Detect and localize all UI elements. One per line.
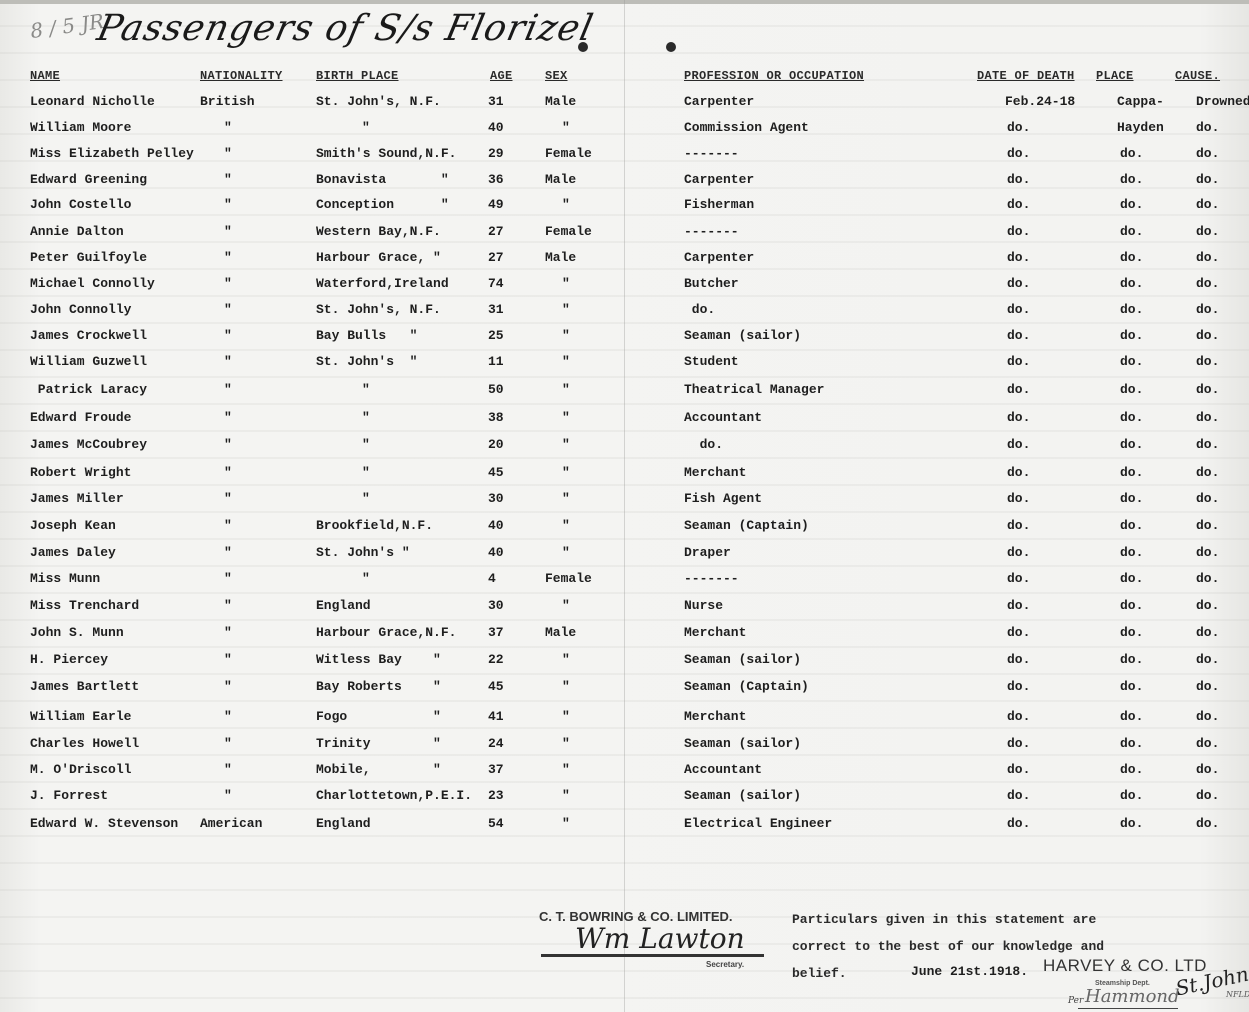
passenger-cause-of-death: do. xyxy=(1196,172,1219,187)
table-row: James Daley"St. John's "40"Draperdo.do.d… xyxy=(0,545,1249,565)
passenger-birth-place: Charlottetown,P.E.I. xyxy=(316,788,472,803)
passenger-nationality: " xyxy=(224,545,232,560)
passenger-birth-place: Fogo " xyxy=(316,709,441,724)
passenger-sex: " xyxy=(562,354,570,369)
passenger-place-of-death: do. xyxy=(1120,382,1143,397)
passenger-date-of-death: do. xyxy=(1007,709,1030,724)
passenger-name: James McCoubrey xyxy=(30,437,147,452)
passenger-birth-place: Mobile, " xyxy=(316,762,441,777)
passenger-cause-of-death: do. xyxy=(1196,302,1219,317)
passenger-age: 74 xyxy=(488,276,518,291)
passenger-name: James Miller xyxy=(30,491,124,506)
passenger-birth-place: " xyxy=(362,465,370,480)
passenger-age: 20 xyxy=(488,437,518,452)
passenger-occupation: Fisherman xyxy=(684,197,754,212)
header-name: NAME xyxy=(30,69,60,83)
passenger-cause-of-death: do. xyxy=(1196,354,1219,369)
passenger-cause-of-death: do. xyxy=(1196,816,1219,831)
passenger-occupation: Fish Agent xyxy=(684,491,762,506)
passenger-place-of-death: do. xyxy=(1120,709,1143,724)
passenger-occupation: do. xyxy=(684,437,723,452)
passenger-age: 54 xyxy=(488,816,518,831)
passenger-sex: " xyxy=(562,328,570,343)
passenger-cause-of-death: do. xyxy=(1196,736,1219,751)
statement-line: Particulars given in this statement are xyxy=(792,906,1122,933)
passenger-date-of-death: do. xyxy=(1007,518,1030,533)
table-row: William Earle"Fogo "41"Merchantdo.do.do. xyxy=(0,709,1249,729)
passenger-cause-of-death: do. xyxy=(1196,382,1219,397)
passenger-date-of-death: do. xyxy=(1007,172,1030,187)
passenger-name: J. Forrest xyxy=(30,788,108,803)
passenger-cause-of-death: do. xyxy=(1196,120,1219,135)
passenger-occupation: Commission Agent xyxy=(684,120,809,135)
passenger-cause-of-death: do. xyxy=(1196,224,1219,239)
passenger-birth-place: St. John's, N.F. xyxy=(316,302,441,317)
passenger-name: Patrick Laracy xyxy=(30,382,147,397)
passenger-cause-of-death: do. xyxy=(1196,762,1219,777)
passenger-name: Robert Wright xyxy=(30,465,131,480)
passenger-birth-place: St. John's " xyxy=(316,354,417,369)
header-nationality: NATIONALITY xyxy=(200,69,283,83)
passenger-sex: " xyxy=(562,410,570,425)
passenger-date-of-death: do. xyxy=(1007,328,1030,343)
passenger-name: M. O'Driscoll xyxy=(30,762,131,777)
passenger-place-of-death: do. xyxy=(1120,679,1143,694)
passenger-birth-place: Bay Bulls " xyxy=(316,328,417,343)
document-title: Passengers of S/s Florizel xyxy=(94,8,598,49)
passenger-age: 45 xyxy=(488,465,518,480)
table-row: James Bartlett"Bay Roberts "45"Seaman (C… xyxy=(0,679,1249,699)
passenger-name: Peter Guilfoyle xyxy=(30,250,147,265)
passenger-sex: " xyxy=(562,465,570,480)
passenger-date-of-death: Feb.24-18 xyxy=(1005,94,1075,109)
margin-note: 8 / 5 JR xyxy=(29,9,106,43)
passenger-birth-place: Bonavista " xyxy=(316,172,449,187)
passenger-age: 27 xyxy=(488,250,518,265)
passenger-nationality: " xyxy=(224,437,232,452)
passenger-sex: Male xyxy=(545,250,576,265)
harvey-region: NFLD. xyxy=(1226,990,1249,999)
passenger-age: 41 xyxy=(488,709,518,724)
passenger-name: Edward W. Stevenson xyxy=(30,816,178,831)
table-row: William Moore""40"Commission Agentdo.Hay… xyxy=(0,120,1249,140)
passenger-cause-of-death: do. xyxy=(1196,709,1219,724)
passenger-nationality: " xyxy=(224,679,232,694)
passenger-name: Michael Connolly xyxy=(30,276,155,291)
passenger-name: Miss Munn xyxy=(30,571,100,586)
passenger-sex: " xyxy=(562,437,570,452)
table-row: J. Forrest"Charlottetown,P.E.I.23"Seaman… xyxy=(0,788,1249,808)
passenger-nationality: " xyxy=(224,762,232,777)
passenger-place-of-death: do. xyxy=(1120,598,1143,613)
passenger-sex: " xyxy=(562,197,570,212)
passenger-place-of-death: do. xyxy=(1120,410,1143,425)
passenger-cause-of-death: do. xyxy=(1196,250,1219,265)
passenger-cause-of-death: do. xyxy=(1196,788,1219,803)
passenger-sex: Female xyxy=(545,146,592,161)
passenger-date-of-death: do. xyxy=(1007,410,1030,425)
passenger-date-of-death: do. xyxy=(1007,465,1030,480)
passenger-name: Edward Greening xyxy=(30,172,147,187)
passenger-occupation: Carpenter xyxy=(684,172,754,187)
passenger-occupation: Student xyxy=(684,354,739,369)
passenger-cause-of-death: do. xyxy=(1196,328,1219,343)
passenger-nationality: " xyxy=(224,146,232,161)
table-row: Charles Howell"Trinity "24"Seaman (sailo… xyxy=(0,736,1249,756)
passenger-place-of-death: do. xyxy=(1120,224,1143,239)
header-date-of-death: DATE OF DEATH xyxy=(977,69,1075,83)
passenger-cause-of-death: do. xyxy=(1196,437,1219,452)
passenger-birth-place: " xyxy=(362,410,370,425)
passenger-place-of-death: do. xyxy=(1120,302,1143,317)
signature-line xyxy=(541,954,764,957)
table-row: Miss Munn""4Female-------do.do.do. xyxy=(0,571,1249,591)
passenger-nationality: " xyxy=(224,652,232,667)
header-place: PLACE xyxy=(1096,69,1134,83)
passenger-birth-place: Harbour Grace,N.F. xyxy=(316,625,456,640)
passenger-date-of-death: do. xyxy=(1007,762,1030,777)
passenger-nationality: " xyxy=(224,276,232,291)
passenger-age: 30 xyxy=(488,598,518,613)
table-row: John Connolly"St. John's, N.F.31" do.do.… xyxy=(0,302,1249,322)
passenger-date-of-death: do. xyxy=(1007,571,1030,586)
passenger-date-of-death: do. xyxy=(1007,679,1030,694)
passenger-date-of-death: do. xyxy=(1007,197,1030,212)
passenger-sex: " xyxy=(562,816,570,831)
passenger-place-of-death: Hayden xyxy=(1117,120,1164,135)
table-row: William Guzwell"St. John's "11"Studentdo… xyxy=(0,354,1249,374)
passenger-nationality: " xyxy=(224,709,232,724)
passenger-sex: Male xyxy=(545,172,576,187)
per-signature-line xyxy=(1078,1008,1178,1009)
passenger-age: 11 xyxy=(488,354,518,369)
passenger-name: Leonard Nicholle xyxy=(30,94,155,109)
passenger-sex: " xyxy=(562,302,570,317)
passenger-nationality: " xyxy=(224,224,232,239)
passenger-place-of-death: do. xyxy=(1120,788,1143,803)
passenger-occupation: Merchant xyxy=(684,625,746,640)
passenger-place-of-death: do. xyxy=(1120,465,1143,480)
table-row: H. Piercey"Witless Bay "22"Seaman (sailo… xyxy=(0,652,1249,672)
passenger-occupation: Seaman (sailor) xyxy=(684,788,801,803)
passenger-birth-place: St. John's " xyxy=(316,545,410,560)
passenger-sex: " xyxy=(562,518,570,533)
passenger-nationality: " xyxy=(224,382,232,397)
passenger-place-of-death: do. xyxy=(1120,545,1143,560)
passenger-sex: Male xyxy=(545,625,576,640)
passenger-cause-of-death: do. xyxy=(1196,197,1219,212)
passenger-name: James Bartlett xyxy=(30,679,139,694)
passenger-name: Edward Froude xyxy=(30,410,131,425)
passenger-cause-of-death: do. xyxy=(1196,545,1219,560)
passenger-birth-place: " xyxy=(362,120,370,135)
passenger-birth-place: Waterford,Ireland xyxy=(316,276,449,291)
passenger-occupation: Carpenter xyxy=(684,250,754,265)
table-row: Edward Greening"Bonavista "36MaleCarpent… xyxy=(0,172,1249,192)
passenger-occupation: Seaman (sailor) xyxy=(684,328,801,343)
passenger-birth-place: Smith's Sound,N.F. xyxy=(316,146,456,161)
passenger-age: 40 xyxy=(488,120,518,135)
passenger-name: Charles Howell xyxy=(30,736,139,751)
passenger-sex: " xyxy=(562,276,570,291)
passenger-sex: Male xyxy=(545,94,576,109)
passenger-date-of-death: do. xyxy=(1007,491,1030,506)
bowring-signature: Wm Lawton xyxy=(575,922,745,955)
passenger-cause-of-death: do. xyxy=(1196,518,1219,533)
passenger-birth-place: Harbour Grace, " xyxy=(316,250,441,265)
passenger-nationality: " xyxy=(224,465,232,480)
passenger-place-of-death: do. xyxy=(1120,328,1143,343)
passenger-name: Joseph Kean xyxy=(30,518,116,533)
header-birth-place: BIRTH PLACE xyxy=(316,69,399,83)
passenger-cause-of-death: do. xyxy=(1196,571,1219,586)
passenger-date-of-death: do. xyxy=(1007,598,1030,613)
table-row: Annie Dalton"Western Bay,N.F.27Female---… xyxy=(0,224,1249,244)
passenger-cause-of-death: do. xyxy=(1196,276,1219,291)
passenger-cause-of-death: do. xyxy=(1196,410,1219,425)
passenger-date-of-death: do. xyxy=(1007,250,1030,265)
passenger-name: James Crockwell xyxy=(30,328,147,343)
passenger-birth-place: England xyxy=(316,598,371,613)
passenger-birth-place: Witless Bay " xyxy=(316,652,441,667)
passenger-place-of-death: do. xyxy=(1120,571,1143,586)
passenger-nationality: " xyxy=(224,598,232,613)
passenger-age: 38 xyxy=(488,410,518,425)
passenger-nationality: " xyxy=(224,302,232,317)
passenger-sex: Female xyxy=(545,571,592,586)
header-age: AGE xyxy=(490,69,513,83)
passenger-place-of-death: do. xyxy=(1120,762,1143,777)
passenger-sex: " xyxy=(562,652,570,667)
passenger-place-of-death: do. xyxy=(1120,146,1143,161)
passenger-age: 23 xyxy=(488,788,518,803)
passenger-occupation: Theatrical Manager xyxy=(684,382,824,397)
table-row: James McCoubrey""20" do.do.do.do. xyxy=(0,437,1249,457)
passenger-cause-of-death: Drowned xyxy=(1196,94,1249,109)
passenger-place-of-death: do. xyxy=(1120,816,1143,831)
passenger-cause-of-death: do. xyxy=(1196,146,1219,161)
passenger-occupation: Seaman (sailor) xyxy=(684,736,801,751)
passenger-occupation: Electrical Engineer xyxy=(684,816,832,831)
passenger-birth-place: " xyxy=(362,382,370,397)
passenger-age: 25 xyxy=(488,328,518,343)
passenger-age: 24 xyxy=(488,736,518,751)
passenger-occupation: Draper xyxy=(684,545,731,560)
passenger-date-of-death: do. xyxy=(1007,354,1030,369)
passenger-nationality: " xyxy=(224,736,232,751)
passenger-age: 30 xyxy=(488,491,518,506)
passenger-occupation: Merchant xyxy=(684,465,746,480)
passenger-nationality: " xyxy=(224,518,232,533)
passenger-date-of-death: do. xyxy=(1007,382,1030,397)
passenger-sex: Female xyxy=(545,224,592,239)
passenger-nationality: " xyxy=(224,250,232,265)
passenger-birth-place: St. John's, N.F. xyxy=(316,94,441,109)
passenger-birth-place: Western Bay,N.F. xyxy=(316,224,441,239)
passenger-place-of-death: Cappa- xyxy=(1117,94,1164,109)
passenger-age: 36 xyxy=(488,172,518,187)
passenger-occupation: Accountant xyxy=(684,410,762,425)
passenger-name: William Guzwell xyxy=(30,354,147,369)
per-label: Per xyxy=(1068,996,1083,1006)
passenger-date-of-death: do. xyxy=(1007,224,1030,239)
passenger-birth-place: Trinity " xyxy=(316,736,441,751)
passenger-occupation: Seaman (Captain) xyxy=(684,518,809,533)
passenger-place-of-death: do. xyxy=(1120,736,1143,751)
punch-hole-right xyxy=(666,42,676,52)
passenger-cause-of-death: do. xyxy=(1196,465,1219,480)
passenger-place-of-death: do. xyxy=(1120,197,1143,212)
passenger-cause-of-death: do. xyxy=(1196,625,1219,640)
passenger-occupation: do. xyxy=(684,302,715,317)
table-row: Robert Wright""45"Merchantdo.do.do. xyxy=(0,465,1249,485)
table-row: Edward Froude""38"Accountantdo.do.do. xyxy=(0,410,1249,430)
passenger-place-of-death: do. xyxy=(1120,625,1143,640)
passenger-sex: " xyxy=(562,679,570,694)
passenger-age: 37 xyxy=(488,625,518,640)
passenger-cause-of-death: do. xyxy=(1196,652,1219,667)
passenger-date-of-death: do. xyxy=(1007,302,1030,317)
passenger-birth-place: Bay Roberts " xyxy=(316,679,441,694)
passenger-age: 37 xyxy=(488,762,518,777)
table-row: Joseph Kean"Brookfield,N.F.40"Seaman (Ca… xyxy=(0,518,1249,538)
passenger-sex: " xyxy=(562,491,570,506)
header-occupation: PROFESSION OR OCCUPATION xyxy=(684,69,864,83)
passenger-date-of-death: do. xyxy=(1007,545,1030,560)
passenger-place-of-death: do. xyxy=(1120,172,1143,187)
passenger-place-of-death: do. xyxy=(1120,354,1143,369)
table-row: Peter Guilfoyle"Harbour Grace, "27MaleCa… xyxy=(0,250,1249,270)
passenger-name: William Earle xyxy=(30,709,131,724)
punch-hole-left xyxy=(578,42,588,52)
passenger-occupation: ------- xyxy=(684,571,739,586)
passenger-nationality: " xyxy=(224,120,232,135)
passenger-birth-place: Conception " xyxy=(316,197,449,212)
table-row: Patrick Laracy""50"Theatrical Managerdo.… xyxy=(0,382,1249,402)
passenger-name: Miss Trenchard xyxy=(30,598,139,613)
passenger-nationality: British xyxy=(200,94,255,109)
passenger-date-of-death: do. xyxy=(1007,816,1030,831)
table-row: James Crockwell"Bay Bulls "25"Seaman (sa… xyxy=(0,328,1249,348)
passenger-age: 50 xyxy=(488,382,518,397)
passenger-age: 31 xyxy=(488,302,518,317)
passenger-nationality: " xyxy=(224,571,232,586)
passenger-age: 45 xyxy=(488,679,518,694)
passenger-age: 49 xyxy=(488,197,518,212)
document-page: 8 / 5 JR Passengers of S/s Florizel NAME… xyxy=(0,0,1249,1012)
passenger-name: John S. Munn xyxy=(30,625,124,640)
passenger-date-of-death: do. xyxy=(1007,652,1030,667)
passenger-age: 27 xyxy=(488,224,518,239)
passenger-nationality: " xyxy=(224,354,232,369)
passenger-occupation: Seaman (sailor) xyxy=(684,652,801,667)
passenger-occupation: ------- xyxy=(684,146,739,161)
passenger-name: Annie Dalton xyxy=(30,224,124,239)
passenger-sex: " xyxy=(562,598,570,613)
table-row: John Costello"Conception "49"Fishermando… xyxy=(0,197,1249,217)
passenger-date-of-death: do. xyxy=(1007,625,1030,640)
passenger-birth-place: " xyxy=(362,491,370,506)
table-row: Miss Trenchard"England30"Nursedo.do.do. xyxy=(0,598,1249,618)
passenger-place-of-death: do. xyxy=(1120,652,1143,667)
passenger-nationality: " xyxy=(224,491,232,506)
passenger-date-of-death: do. xyxy=(1007,146,1030,161)
passenger-occupation: ------- xyxy=(684,224,739,239)
passenger-occupation: Seaman (Captain) xyxy=(684,679,809,694)
passenger-nationality: " xyxy=(224,410,232,425)
passenger-sex: " xyxy=(562,382,570,397)
table-row: James Miller""30"Fish Agentdo.do.do. xyxy=(0,491,1249,511)
passenger-sex: " xyxy=(562,762,570,777)
passenger-birth-place: " xyxy=(362,437,370,452)
table-row: Miss Elizabeth Pelley"Smith's Sound,N.F.… xyxy=(0,146,1249,166)
passenger-birth-place: " xyxy=(362,571,370,586)
passenger-sex: " xyxy=(562,120,570,135)
passenger-occupation: Accountant xyxy=(684,762,762,777)
passenger-age: 40 xyxy=(488,545,518,560)
passenger-occupation: Butcher xyxy=(684,276,739,291)
passenger-age: 31 xyxy=(488,94,518,109)
passenger-birth-place: Brookfield,N.F. xyxy=(316,518,433,533)
signed-date: June 21st.1918. xyxy=(911,964,1028,979)
passenger-date-of-death: do. xyxy=(1007,736,1030,751)
passenger-occupation: Carpenter xyxy=(684,94,754,109)
passenger-nationality: " xyxy=(224,625,232,640)
harvey-company-stamp: HARVEY & CO. LTD xyxy=(1043,956,1207,976)
passenger-place-of-death: do. xyxy=(1120,518,1143,533)
passenger-sex: " xyxy=(562,736,570,751)
table-row: Michael Connolly"Waterford,Ireland74"But… xyxy=(0,276,1249,296)
passenger-nationality: " xyxy=(224,172,232,187)
passenger-date-of-death: do. xyxy=(1007,788,1030,803)
table-row: John S. Munn"Harbour Grace,N.F.37MaleMer… xyxy=(0,625,1249,645)
table-row: M. O'Driscoll"Mobile, "37"Accountantdo.d… xyxy=(0,762,1249,782)
passenger-place-of-death: do. xyxy=(1120,250,1143,265)
passenger-occupation: Nurse xyxy=(684,598,723,613)
passenger-place-of-death: do. xyxy=(1120,437,1143,452)
table-row: Edward W. StevensonAmericanEngland54"Ele… xyxy=(0,816,1249,836)
passenger-place-of-death: do. xyxy=(1120,491,1143,506)
table-row: Leonard NicholleBritishSt. John's, N.F.3… xyxy=(0,94,1249,114)
passenger-name: William Moore xyxy=(30,120,131,135)
signatory-title: Secretary. xyxy=(706,960,744,969)
passenger-birth-place: England xyxy=(316,816,371,831)
passenger-sex: " xyxy=(562,788,570,803)
per-signature: Hammond xyxy=(1085,986,1180,1007)
passenger-age: 22 xyxy=(488,652,518,667)
header-cause: CAUSE. xyxy=(1175,69,1220,83)
passenger-name: John Connolly xyxy=(30,302,131,317)
passenger-nationality: " xyxy=(224,328,232,343)
passenger-date-of-death: do. xyxy=(1007,437,1030,452)
passenger-cause-of-death: do. xyxy=(1196,598,1219,613)
passenger-name: H. Piercey xyxy=(30,652,108,667)
passenger-date-of-death: do. xyxy=(1007,276,1030,291)
passenger-age: 4 xyxy=(488,571,518,586)
passenger-age: 29 xyxy=(488,146,518,161)
passenger-date-of-death: do. xyxy=(1007,120,1030,135)
passenger-cause-of-death: do. xyxy=(1196,679,1219,694)
passenger-age: 40 xyxy=(488,518,518,533)
passenger-nationality: American xyxy=(200,816,262,831)
passenger-cause-of-death: do. xyxy=(1196,491,1219,506)
passenger-name: Miss Elizabeth Pelley xyxy=(30,146,194,161)
passenger-name: James Daley xyxy=(30,545,116,560)
passenger-nationality: " xyxy=(224,788,232,803)
header-sex: SEX xyxy=(545,69,568,83)
passenger-place-of-death: do. xyxy=(1120,276,1143,291)
passenger-sex: " xyxy=(562,709,570,724)
